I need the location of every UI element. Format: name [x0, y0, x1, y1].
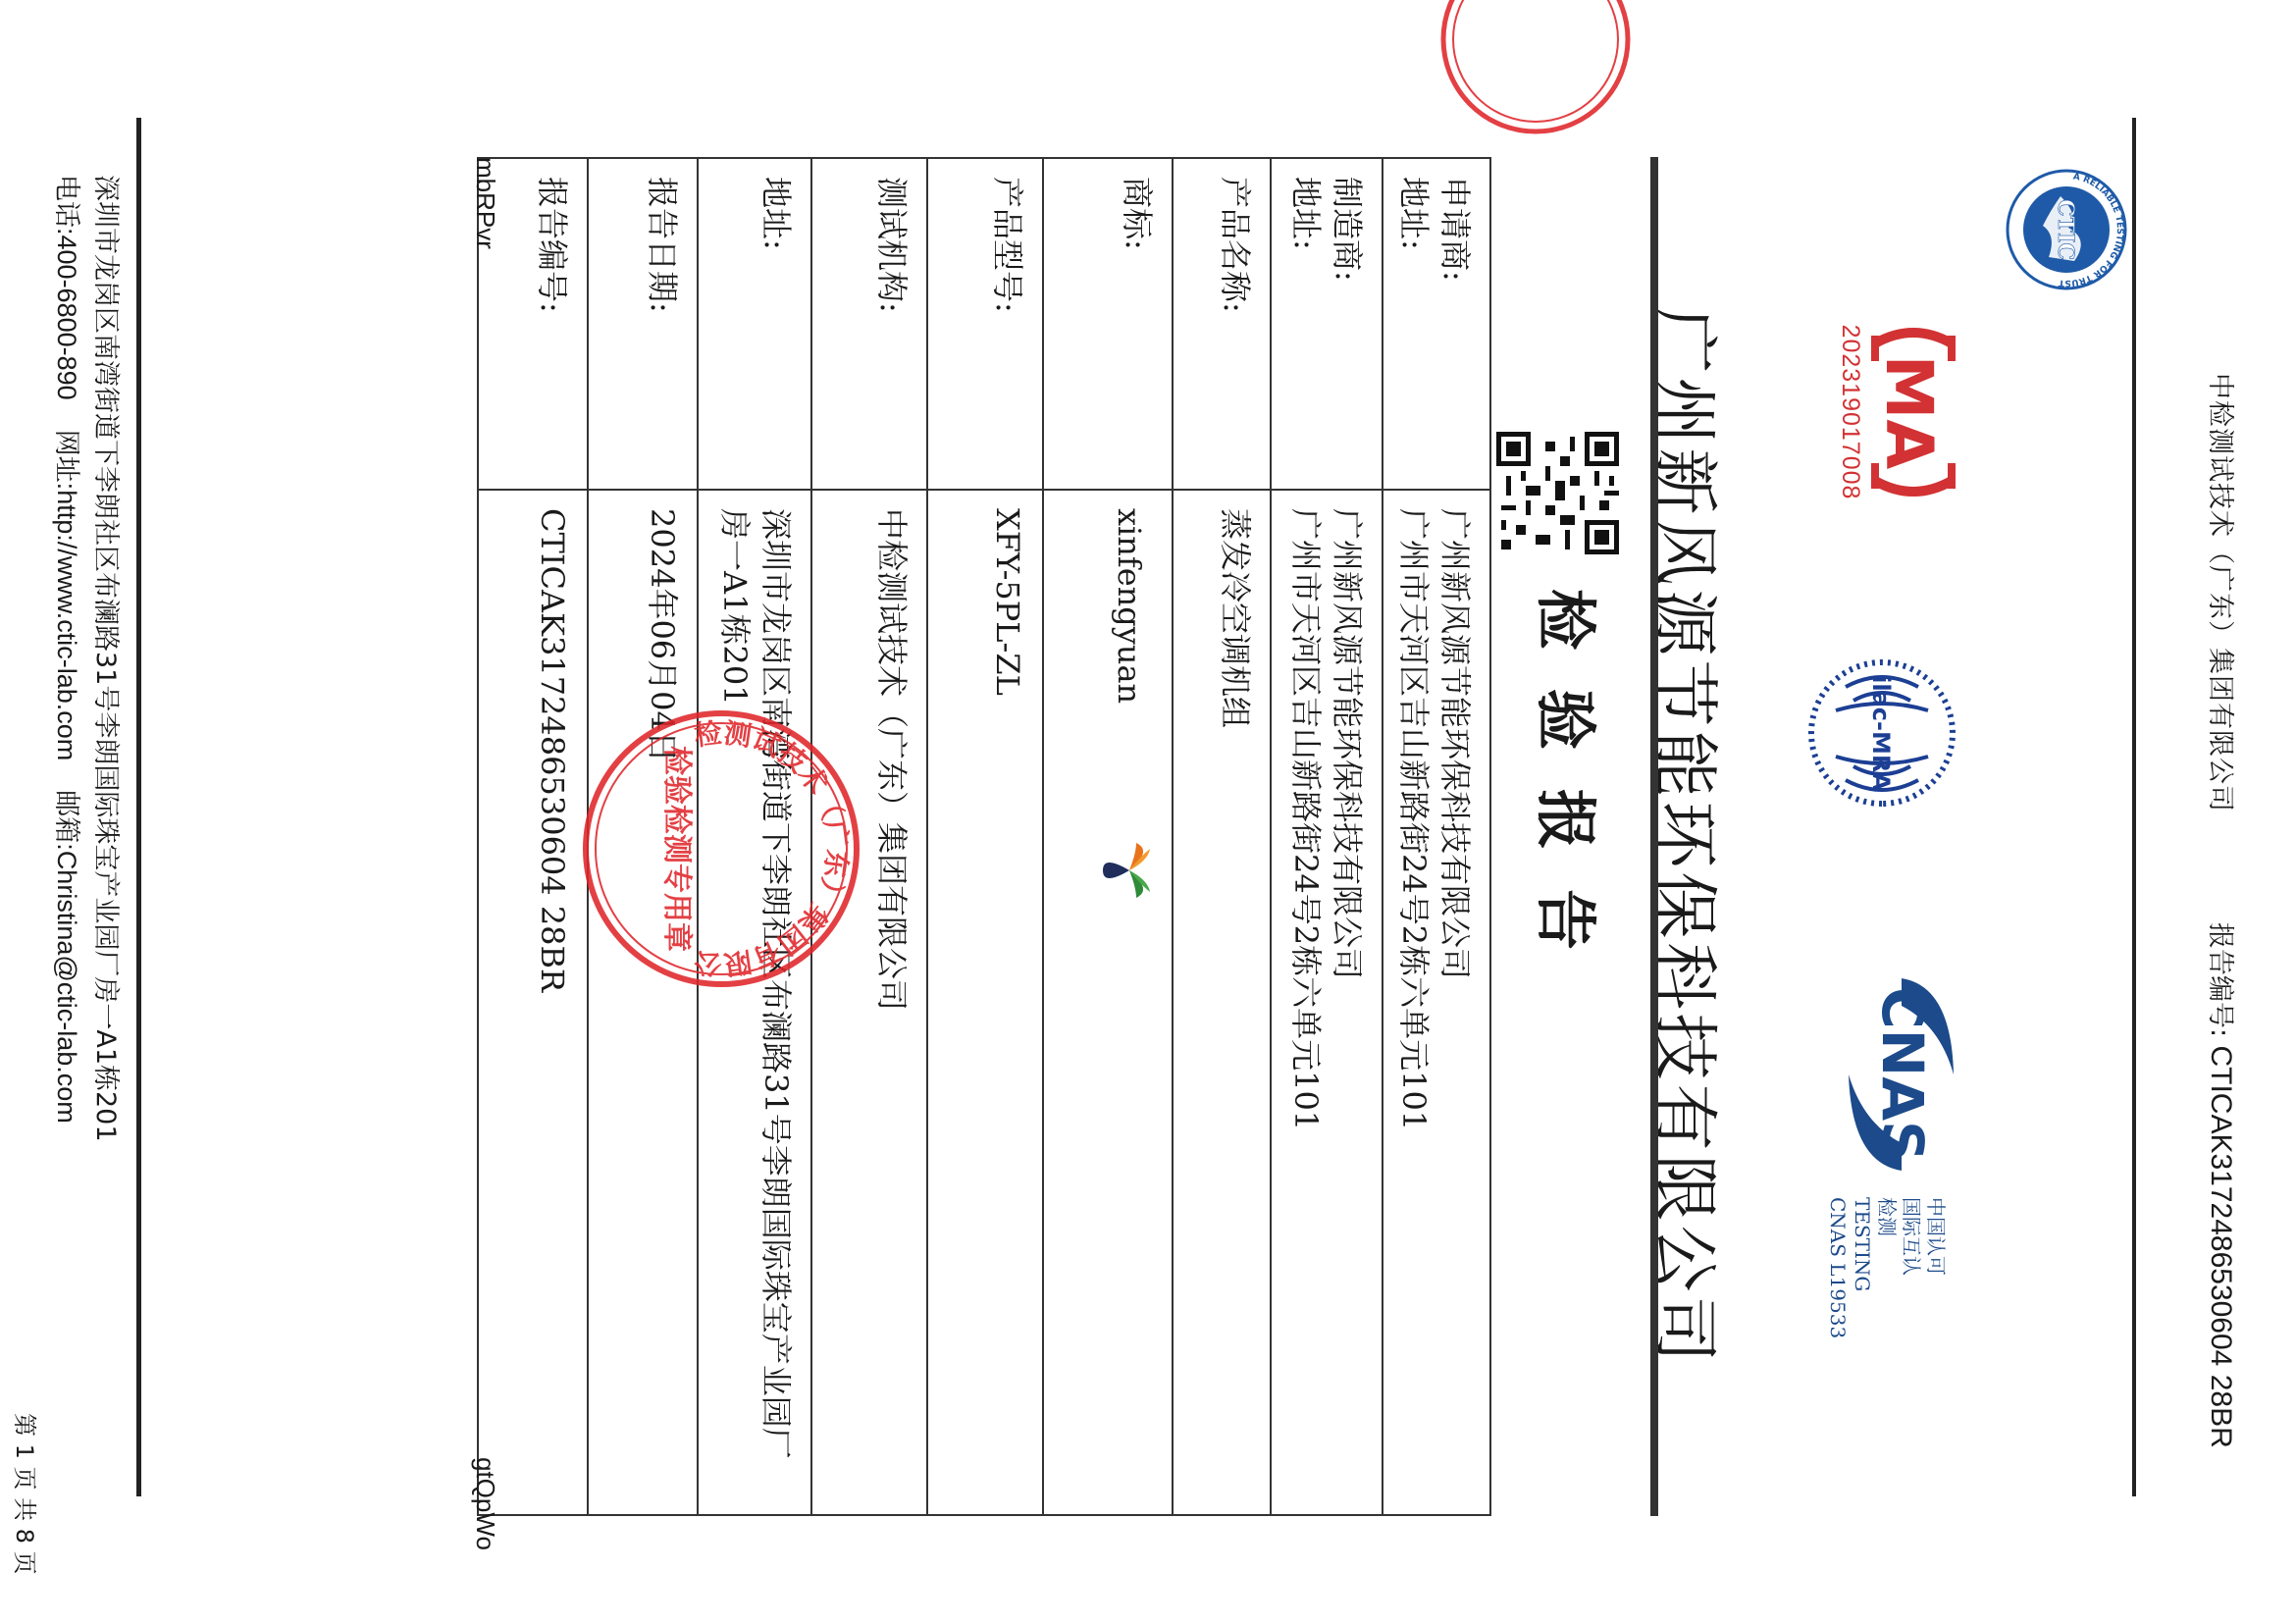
- svg-text:检验检测专用章: 检验检测专用章: [659, 746, 694, 952]
- footer-email-label: 邮箱:: [52, 790, 81, 851]
- cnas-cert-icon: CNAS: [1845, 967, 1957, 1182]
- footer-web-label: 网址:: [52, 430, 81, 491]
- qr-code-icon: [1496, 432, 1619, 554]
- header-rule: [2132, 118, 2136, 1496]
- header-report-number-label: 报告编号:: [2205, 922, 2235, 1037]
- partial-seal-icon: [1437, 0, 1634, 137]
- header-report-number: 报告编号: CTICAK3172486530604 28BR: [2204, 922, 2242, 1448]
- svg-text:中检测试技术（广东）集团有限公司: 中检测试技术（广东）集团有限公司: [693, 707, 863, 981]
- side-code-left: mbRPvr: [470, 157, 500, 249]
- model-value: XFY-5PL-ZL: [927, 490, 1043, 1515]
- brand-leaf-logo-icon: [1101, 841, 1158, 900]
- manufacturer-address-value: 广州市天河区吉山新路街24号2栋六单元101: [1285, 508, 1327, 1496]
- report-date-label: 报告日期:: [588, 158, 698, 490]
- footer-address: 深圳市龙岗区南湾街道下李朗社区布澜路31号李朗国际珠宝产业园厂房一A1栋201: [89, 175, 128, 1142]
- cnas-caption-line: 中国认可: [1923, 1197, 1948, 1338]
- footer-phone-label: 电话:: [52, 175, 81, 236]
- test-org-address-cell: 深圳市龙岗区南湾街道下李朗社区布澜路31号李朗国际珠宝产业园厂 房一A1栋201: [698, 490, 811, 1515]
- ma-cert-number: 202319017008: [1836, 314, 1864, 510]
- header-report-number-value: CTICAK3172486530604 28BR: [2205, 1045, 2237, 1447]
- footer-phone: 400-6800-890: [52, 236, 81, 400]
- footer-contact: 电话:400-6800-890 网址:http://www.ctic-lab.c…: [50, 175, 88, 1124]
- cnas-caption-line: 检测: [1874, 1197, 1899, 1338]
- cnas-caption-line: 国际互认: [1899, 1197, 1923, 1338]
- table-row-model: 产品型号: XFY-5PL-ZL: [927, 158, 1043, 1515]
- inspection-seal-icon: 中检测试技术（广东）集团有限公司 检验检测专用章: [579, 707, 863, 991]
- document-title: 检验报告: [1527, 589, 1614, 989]
- test-org-address-line-2: 房一A1栋201: [714, 508, 756, 1496]
- table-row-report-number: 报告编号: CTICAK3172486530604 28BR: [478, 158, 588, 1515]
- applicant-address-value: 广州市天河区吉山新路街24号2栋六单元101: [1393, 508, 1435, 1496]
- trademark-value-cell: xinfengyuan: [1043, 490, 1173, 1515]
- cnas-caption-line: CNAS L19533: [1825, 1197, 1850, 1338]
- table-row-trademark: 商标: xinfengyuan: [1043, 158, 1173, 1515]
- ma-cert-icon: MA: [1869, 314, 1957, 510]
- trademark-label: 商标:: [1043, 158, 1173, 490]
- product-name-value: 蒸发冷空调机组: [1173, 490, 1271, 1515]
- side-code-right: gtQpWo: [470, 1457, 500, 1550]
- svg-text:MA: MA: [1871, 355, 1947, 470]
- manufacturer-label-cell: 制造商: 地址:: [1271, 158, 1383, 490]
- cnas-caption-line: TESTING: [1850, 1197, 1874, 1338]
- svg-text:CNAS: CNAS: [1869, 987, 1936, 1162]
- trademark-value: xinfengyuan: [1109, 508, 1150, 704]
- table-row-product-name: 产品名称: 蒸发冷空调机组: [1173, 158, 1271, 1515]
- report-number-value: CTICAK3172486530604 28BR: [478, 490, 588, 1515]
- svg-text:CTIC: CTIC: [2053, 199, 2078, 260]
- footer-rule: [136, 118, 141, 1496]
- test-org-address-label: 地址:: [698, 158, 811, 490]
- applicant-address-label: 地址:: [1393, 177, 1435, 471]
- product-name-label: 产品名称:: [1173, 158, 1271, 490]
- table-row-applicant: 申请商: 地址: 广州新风源节能环保科技有限公司 广州市天河区吉山新路街24号2…: [1383, 158, 1490, 1515]
- manufacturer-value: 广州新风源节能环保科技有限公司: [1327, 508, 1368, 1496]
- title-rule: [1650, 157, 1658, 1516]
- table-row-manufacturer: 制造商: 地址: 广州新风源节能环保科技有限公司 广州市天河区吉山新路街24号2…: [1271, 158, 1383, 1515]
- manufacturer-value-cell: 广州新风源节能环保科技有限公司 广州市天河区吉山新路街24号2栋六单元101: [1271, 490, 1383, 1515]
- manufacturer-address-label: 地址:: [1285, 177, 1327, 471]
- applicant-label-cell: 申请商: 地址:: [1383, 158, 1490, 490]
- ilac-mra-icon: ilac-MRA: [1805, 657, 1957, 810]
- ctic-logo-icon: CTIC A RELIABLE TESTING FOR TRUST: [2004, 167, 2129, 292]
- footer-email-link[interactable]: Christina@ctic-lab.com: [52, 851, 81, 1124]
- svg-text:ilac-MRA: ilac-MRA: [1867, 675, 1895, 791]
- manufacturer-label: 制造商:: [1327, 177, 1368, 471]
- applicant-value-cell: 广州新风源节能环保科技有限公司 广州市天河区吉山新路街24号2栋六单元101: [1383, 490, 1490, 1515]
- cnas-caption: 中国认可 国际互认 检测 TESTING CNAS L19533: [1825, 1197, 1948, 1338]
- page-number: 第 1 页 共 8 页: [10, 1413, 44, 1575]
- test-org-label: 测试机构:: [811, 158, 927, 490]
- header-company: 中检测试技术（广东）集团有限公司: [2204, 373, 2242, 812]
- applicant-value: 广州新风源节能环保科技有限公司: [1435, 508, 1476, 1496]
- report-date-value: 2024年06月04日: [588, 490, 698, 1515]
- test-org-value: 中检测试技术（广东）集团有限公司: [811, 490, 927, 1515]
- model-label: 产品型号:: [927, 158, 1043, 490]
- test-org-address-line-1: 深圳市龙岗区南湾街道下李朗社区布澜路31号李朗国际珠宝产业园厂: [756, 508, 797, 1496]
- footer-web-link[interactable]: http://www.ctic-lab.com: [52, 490, 81, 760]
- applicant-label: 申请商:: [1435, 177, 1476, 471]
- report-page: CTIC A RELIABLE TESTING FOR TRUST 中检测试技术…: [0, 0, 2296, 1623]
